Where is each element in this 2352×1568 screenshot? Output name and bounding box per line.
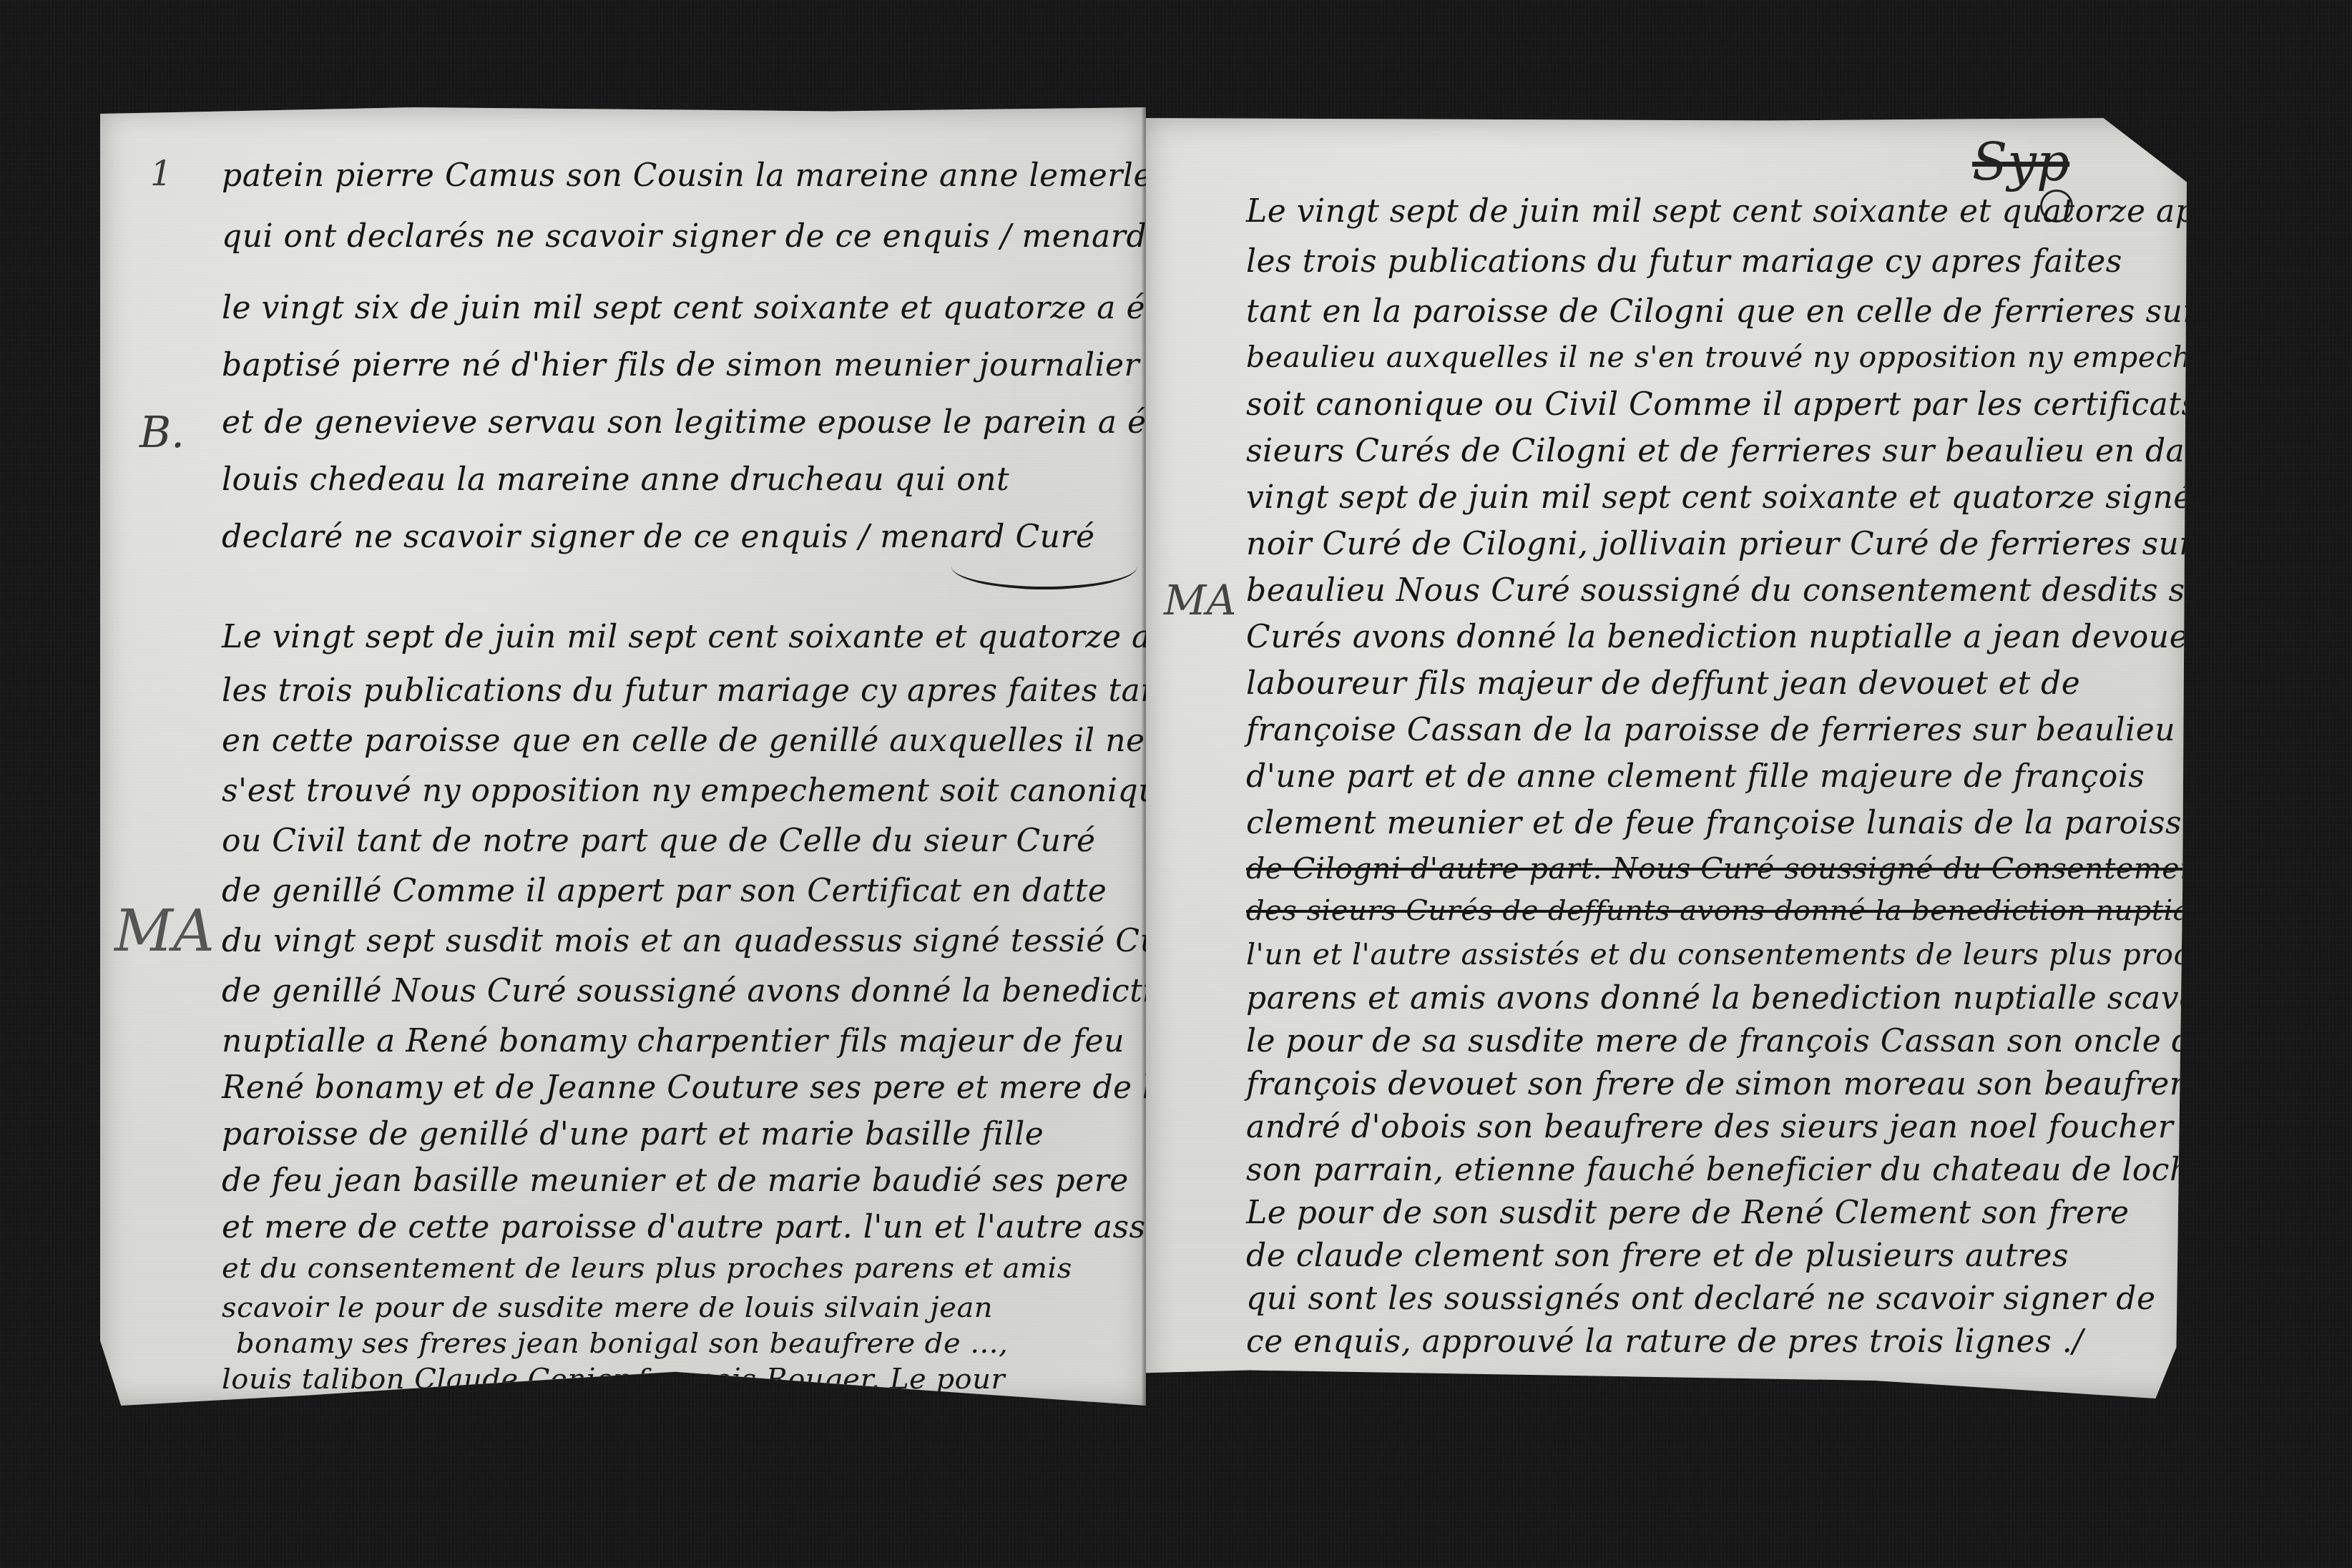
margin-mark-b: B. (139, 408, 185, 458)
text-line: et de genevieve servau son legitime epou… (222, 404, 1146, 441)
text-line: d'une part et de anne clement fille maje… (1246, 758, 2145, 795)
text-line: s'est trouvé ny opposition ny empechemen… (222, 773, 1146, 809)
text-line: de genillé Nous Curé soussigné avons don… (222, 973, 1146, 1009)
text-line: l'un et l'autre assistés et du consentem… (1246, 937, 2187, 971)
text-line: qui sont les soussignés ont declaré ne s… (1246, 1280, 2155, 1317)
text-line: et mere de cette paroisse d'autre part. … (222, 1209, 1146, 1245)
text-line: vingt sept de juin mil sept cent soixant… (1246, 479, 2187, 516)
left-page: 1 B. MA patein pierre Camus son Cousin l… (100, 107, 1146, 1406)
text-line: patein pierre Camus son Cousin la marein… (222, 157, 1146, 194)
text-line: et du consentement de leurs plus proches… (222, 1252, 1072, 1285)
text-line: laboureur fils majeur de deffunt jean de… (1246, 665, 2080, 702)
text-line: René bonamy et de Jeanne Couture ses per… (222, 1069, 1146, 1106)
right-page: Syp MA Le vingt sept de juin mil sept ce… (1146, 118, 2187, 1398)
text-line: de claude clement son frere et de plusie… (1246, 1238, 2069, 1274)
text-line: ce enquis, approuvé la rature de pres tr… (1246, 1323, 2084, 1360)
text-line: françois devouet son frere de simon more… (1246, 1066, 2187, 1102)
text-line: les trois publications du futur mariage … (1246, 243, 2122, 280)
text-line: andré d'obois son beaufrere des sieurs j… (1246, 1109, 2173, 1145)
text-line: paroisse de genillé d'une part et marie … (222, 1116, 1044, 1152)
text-line: Le pour de son susdit pere de René Cleme… (1246, 1195, 2130, 1231)
text-line: scavoir le pour de susdite mere de louis… (222, 1291, 993, 1324)
text-line: Le vingt sept de juin mil sept cent soix… (222, 619, 1146, 655)
margin-mark-ma: MA (1164, 576, 1236, 624)
text-line: en cette paroisse que en celle de genill… (222, 722, 1145, 759)
text-line: françoise Cassan de la paroisse de ferri… (1246, 712, 2175, 748)
text-line: louis chedeau la mareine anne drucheau q… (222, 461, 1009, 498)
struck-text-line: de Cilogni d'autre part. Nous Curé souss… (1246, 851, 2187, 886)
struck-text-line: des sieurs Curés de deffunts avons donné… (1246, 894, 2187, 927)
text-line: baptisé pierre né d'hier fils de simon m… (222, 347, 1140, 383)
text-line: sieurs Curés de Cilogni et de ferrieres … (1246, 433, 2187, 469)
text-line: soit canonique ou Civil Comme il appert … (1246, 386, 2187, 423)
text-line: Le vingt sept de juin mil sept cent soix… (1246, 193, 2187, 230)
folio-number: Syp (1972, 132, 2069, 192)
text-line: Curés avons donné la benediction nuptial… (1246, 619, 2187, 655)
text-line: les trois publications du futur mariage … (222, 672, 1146, 709)
text-line: tant en la paroisse de Cilogni que en ce… (1246, 293, 2187, 330)
margin-mark-ma: MA (114, 898, 215, 964)
text-line: beaulieu auxquelles il ne s'en trouvé ny… (1246, 340, 2187, 374)
text-line: ou Civil tant de notre part que de Celle… (222, 823, 1096, 859)
signature-flourish (951, 544, 1137, 589)
text-line: clement meunier et de feue françoise lun… (1246, 805, 2187, 841)
text-line: beaulieu Nous Curé soussigné du consente… (1246, 572, 2187, 609)
text-line: de feu jean basille meunier et de marie … (222, 1162, 1129, 1199)
text-line: parens et amis avons donné la benedictio… (1246, 980, 2187, 1016)
text-line: son parrain, etienne fauché beneficier d… (1246, 1152, 2187, 1188)
text-line: de genillé Comme il appert par son Certi… (222, 873, 1107, 909)
text-line: bonamy ses freres jean bonigal son beauf… (236, 1327, 1008, 1360)
register-spread: 1 B. MA patein pierre Camus son Cousin l… (0, 0, 2352, 1568)
text-line: declaré ne scavoir signer de ce enquis /… (222, 519, 1094, 555)
text-line: louis talibon Claude Conier françois Rou… (222, 1363, 1005, 1396)
text-line: noir Curé de Cilogni, jollivain prieur C… (1246, 526, 2187, 562)
text-line: le pour de sa susdite mere de françois C… (1246, 1023, 2187, 1059)
text-line: qui ont declarés ne scavoir signer de ce… (222, 218, 1146, 255)
margin-mark-1: 1 (150, 154, 172, 194)
text-line: le vingt six de juin mil sept cent soixa… (222, 290, 1146, 326)
text-line: nuptialle a René bonamy charpentier fils… (222, 1023, 1124, 1059)
text-line: du vingt sept susdit mois et an quadessu… (222, 923, 1146, 959)
signature: Menard (501, 1395, 609, 1406)
